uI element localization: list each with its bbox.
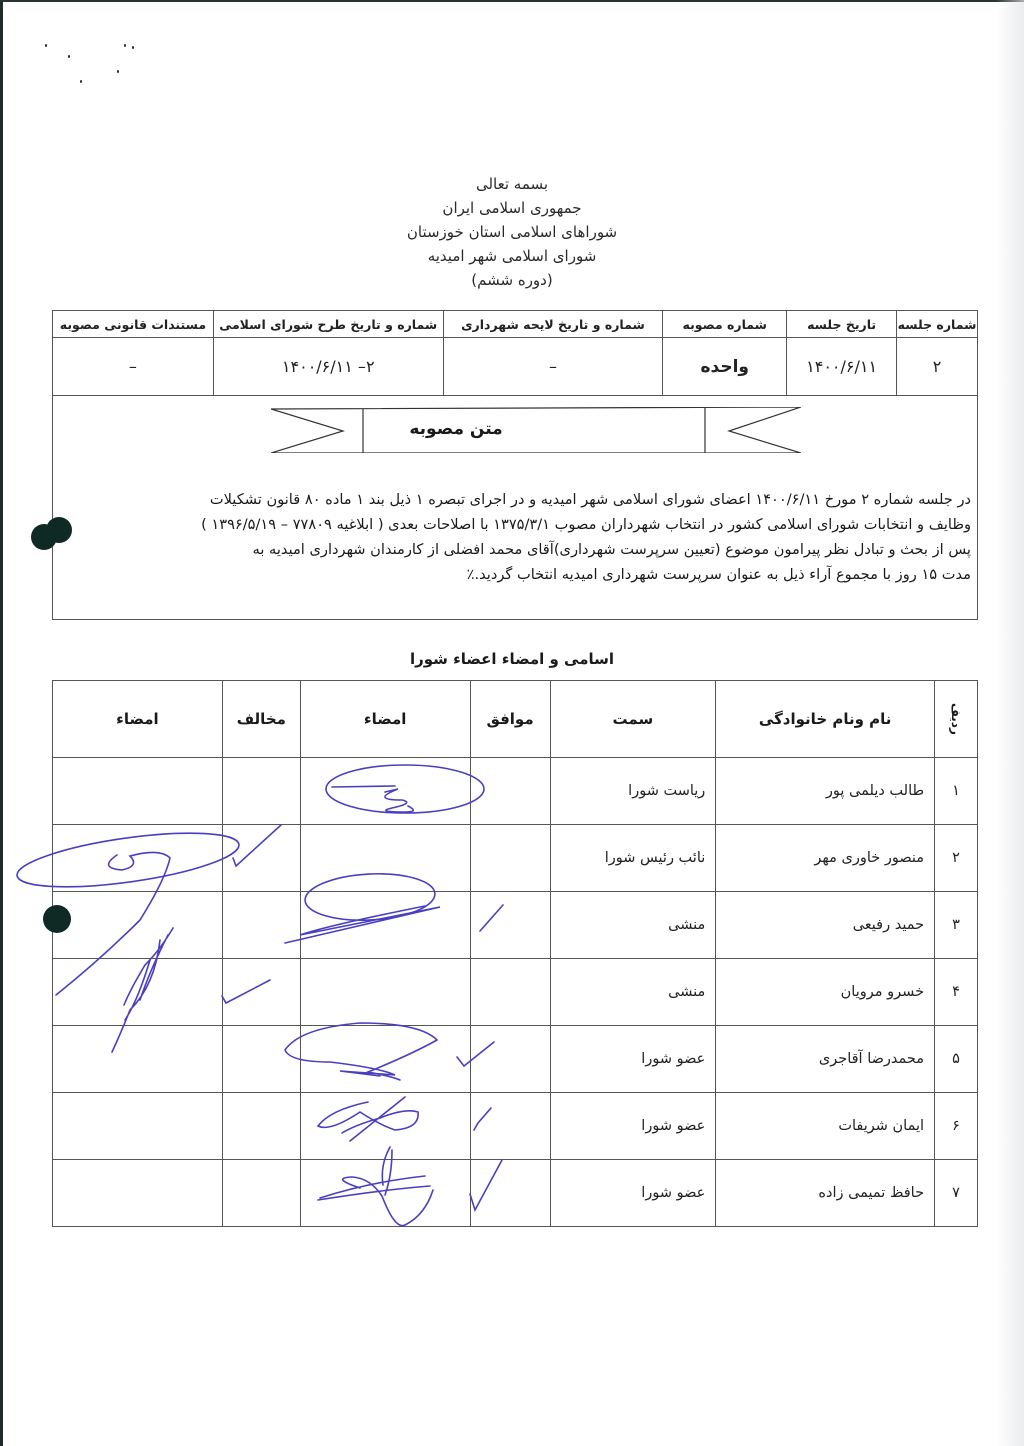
member-name: حمید رفیعی: [716, 892, 935, 959]
member-name: طالب دیلمی پور: [716, 758, 935, 825]
header-city-council: شورای اسلامی شهر امیدیه: [312, 244, 712, 268]
oppose-cell: [222, 1093, 300, 1160]
oppose-signature-cell: [53, 1093, 223, 1160]
table-row: ۵ محمدرضا آقاجری عضو شورا: [53, 1026, 978, 1093]
legal-basis: –: [53, 338, 214, 396]
row-number: ۴: [935, 959, 978, 1026]
row-number: ۲: [935, 825, 978, 892]
agree-signature-cell: [300, 892, 470, 959]
oppose-cell: [222, 1160, 300, 1227]
agree-signature-cell: [300, 959, 470, 1026]
scan-speck: [117, 70, 119, 73]
oppose-signature-cell: [53, 1160, 223, 1227]
header-municipality-bill: شماره و تاریخ لایحه شهرداری: [443, 311, 663, 338]
resolution-paragraph: در جلسه شماره ۲ مورخ ۱۴۰۰/۶/۱۱ اعضای شور…: [61, 487, 971, 587]
scan-speck: [132, 46, 134, 49]
resolution-text-box: متن مصوبه در جلسه شماره ۲ مورخ ۱۴۰۰/۶/۱۱…: [52, 395, 978, 620]
paragraph-line: وظایف و انتخابات شورای اسلامی کشور در ان…: [61, 512, 971, 537]
row-number: ۳: [935, 892, 978, 959]
header-row-number: ردیف: [935, 681, 978, 758]
member-position: ریاست شورا: [550, 758, 716, 825]
oppose-cell: [222, 825, 300, 892]
scan-shadow: [996, 0, 1024, 1446]
agree-cell: [470, 825, 550, 892]
header-resolution-number: شماره مصوبه: [663, 311, 787, 338]
member-name: ایمان شریفات: [716, 1093, 935, 1160]
row-number: ۷: [935, 1160, 978, 1227]
scan-speck: [68, 55, 70, 58]
oppose-cell: [222, 892, 300, 959]
member-name: حافظ تمیمی زاده: [716, 1160, 935, 1227]
header-oppose: مخالف: [222, 681, 300, 758]
oppose-signature-cell: [53, 892, 223, 959]
scan-edge: [0, 0, 1024, 2]
agree-cell: [470, 1160, 550, 1227]
oppose-signature-cell: [53, 825, 223, 892]
header-session-date: تاریخ جلسه: [787, 311, 897, 338]
member-name: منصور خاوری مهر: [716, 825, 935, 892]
document-header: بسمه تعالی جمهوری اسلامی ایران شوراهای ا…: [312, 172, 712, 292]
header-position: سمت: [550, 681, 716, 758]
paragraph-line: در جلسه شماره ۲ مورخ ۱۴۰۰/۶/۱۱ اعضای شور…: [61, 487, 971, 512]
header-province-councils: شوراهای اسلامی استان خوزستان: [312, 220, 712, 244]
table-row: ۷ حافظ تمیمی زاده عضو شورا: [53, 1160, 978, 1227]
agree-signature-cell: [300, 1160, 470, 1227]
agree-cell: [470, 1026, 550, 1093]
resolution-number: واحده: [663, 338, 787, 396]
oppose-signature-cell: [53, 758, 223, 825]
agree-cell: [470, 892, 550, 959]
header-agree: موافق: [470, 681, 550, 758]
table-header-row: ردیف نام ونام خانوادگی سمت موافق امضاء م…: [53, 681, 978, 758]
oppose-cell: [222, 758, 300, 825]
session-number: ۲: [897, 338, 978, 396]
table-row: ۲ ۱۴۰۰/۶/۱۱ واحده – ۲– ۱۴۰۰/۶/۱۱ –: [53, 338, 978, 396]
table-row: ۶ ایمان شریفات عضو شورا: [53, 1093, 978, 1160]
member-position: منشی: [550, 959, 716, 1026]
table-row: ۲ منصور خاوری مهر نائب رئیس شورا: [53, 825, 978, 892]
oppose-cell: [222, 959, 300, 1026]
header-legal-basis: مستندات قانونی مصوبه: [53, 311, 214, 338]
header-agree-signature: امضاء: [300, 681, 470, 758]
scan-edge: [0, 0, 3, 1446]
member-name: محمدرضا آقاجری: [716, 1026, 935, 1093]
row-number: ۵: [935, 1026, 978, 1093]
oppose-signature-cell: [53, 959, 223, 1026]
agree-signature-cell: [300, 1093, 470, 1160]
row-number: ۶: [935, 1093, 978, 1160]
agree-cell: [470, 959, 550, 1026]
resolution-info-table: شماره جلسه تاریخ جلسه شماره مصوبه شماره …: [52, 310, 978, 396]
scan-speck: [124, 44, 126, 47]
member-position: عضو شورا: [550, 1160, 716, 1227]
header-full-name: نام ونام خانوادگی: [716, 681, 935, 758]
session-date: ۱۴۰۰/۶/۱۱: [787, 338, 897, 396]
oppose-signature-cell: [53, 1026, 223, 1093]
agree-signature-cell: [300, 1026, 470, 1093]
agree-signature-cell: [300, 758, 470, 825]
header-oppose-signature: امضاء: [53, 681, 223, 758]
municipality-bill: –: [443, 338, 663, 396]
agree-signature-cell: [300, 825, 470, 892]
council-plan: ۲– ۱۴۰۰/۶/۱۱: [213, 338, 443, 396]
header-term: (دوره ششم): [312, 268, 712, 292]
member-position: عضو شورا: [550, 1093, 716, 1160]
table-row: ۱ طالب دیلمی پور ریاست شورا: [53, 758, 978, 825]
resolution-title: متن مصوبه: [311, 407, 601, 451]
scan-speck: [45, 44, 47, 47]
scan-speck: [80, 80, 82, 83]
agree-cell: [470, 758, 550, 825]
members-signature-table: ردیف نام ونام خانوادگی سمت موافق امضاء م…: [52, 680, 978, 1227]
header-country: جمهوری اسلامی ایران: [312, 196, 712, 220]
row-number: ۱: [935, 758, 978, 825]
table-row: ۴ خسرو مرویان منشی: [53, 959, 978, 1026]
member-position: عضو شورا: [550, 1026, 716, 1093]
paragraph-line: پس از بحث و تبادل نظر پیرامون موضوع (تعی…: [61, 537, 971, 562]
paragraph-line: مدت ۱۵ روز با مجموع آراء ذیل به عنوان سر…: [61, 562, 971, 587]
agree-cell: [470, 1093, 550, 1160]
table-header-row: شماره جلسه تاریخ جلسه شماره مصوبه شماره …: [53, 311, 978, 338]
member-position: نائب رئیس شورا: [550, 825, 716, 892]
oppose-cell: [222, 1026, 300, 1093]
header-session-number: شماره جلسه: [897, 311, 978, 338]
members-section-title: اسامی و امضاء اعضاء شورا: [312, 650, 712, 668]
member-position: منشی: [550, 892, 716, 959]
header-council-plan: شماره و تاریخ طرح شورای اسلامی: [213, 311, 443, 338]
member-name: خسرو مرویان: [716, 959, 935, 1026]
table-row: ۳ حمید رفیعی منشی: [53, 892, 978, 959]
header-invocation: بسمه تعالی: [312, 172, 712, 196]
